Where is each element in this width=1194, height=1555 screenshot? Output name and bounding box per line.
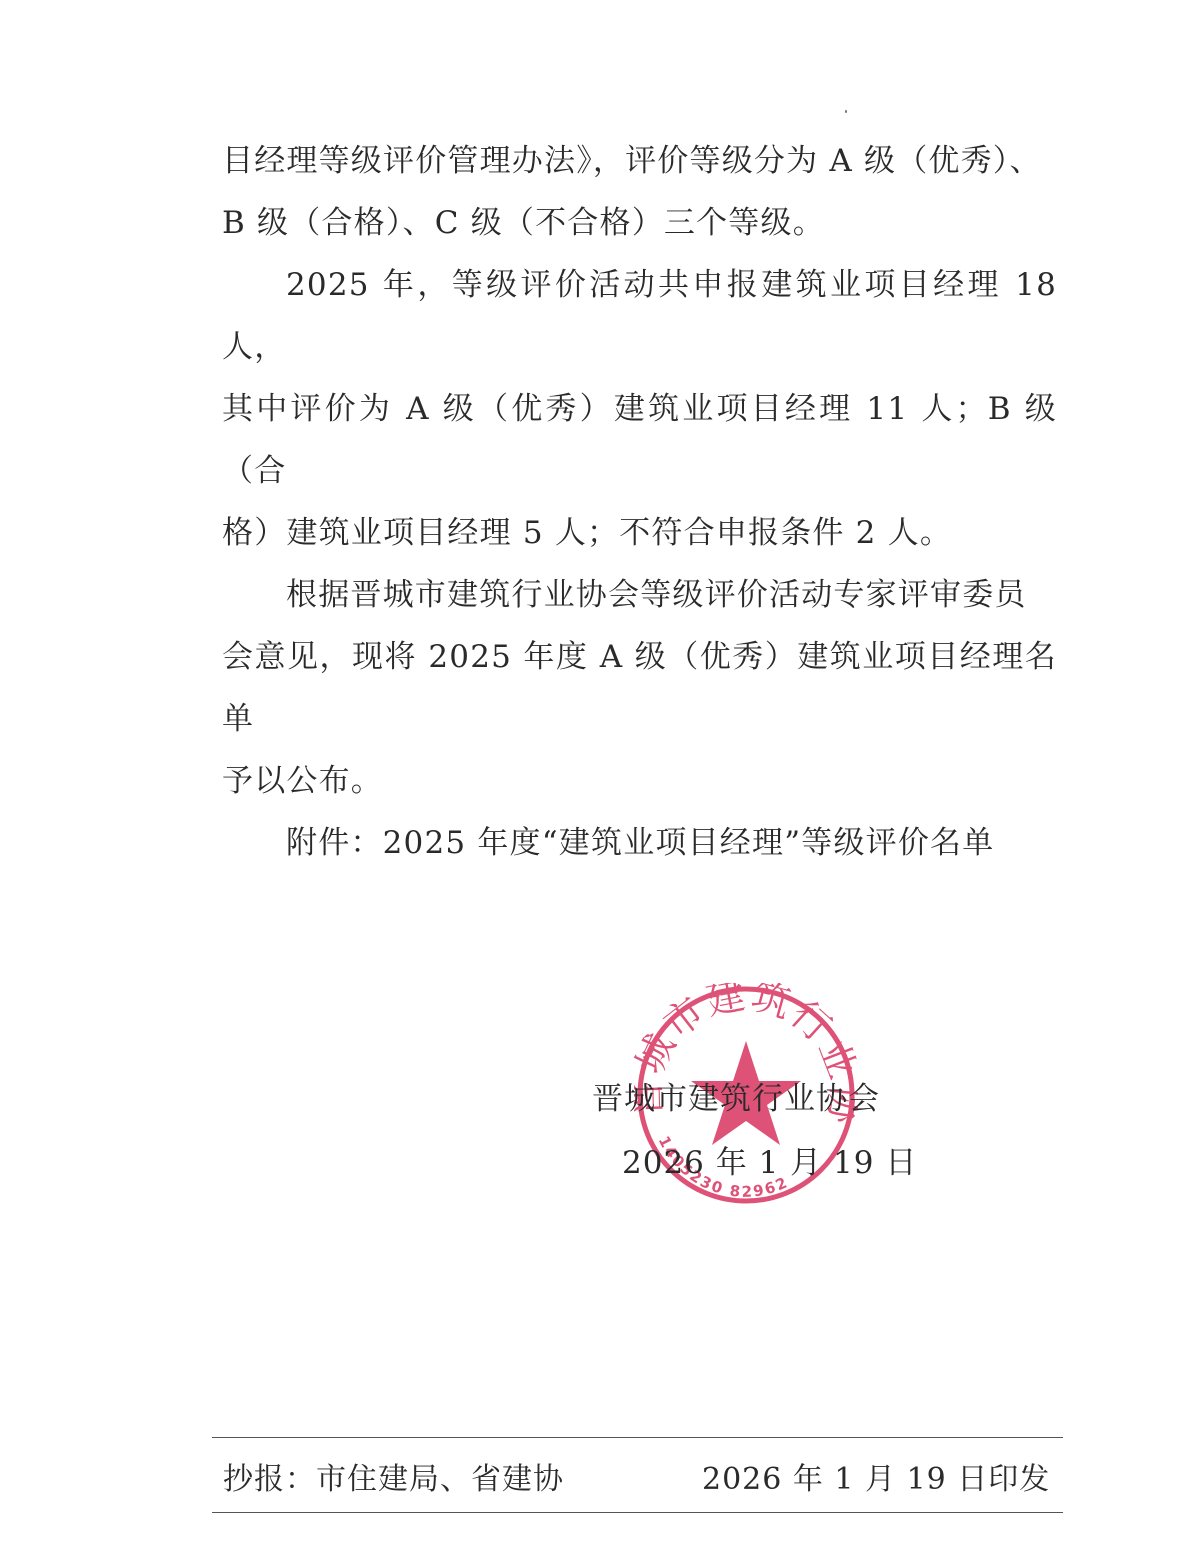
body-line: 其中评价为 A 级（优秀）建筑业项目经理 11 人；B 级（合 xyxy=(222,378,1057,502)
attachment-line: 附件：2025 年度“建筑业项目经理”等级评价名单 xyxy=(222,812,1057,874)
body-line: B 级（合格）、C 级（不合格）三个等级。 xyxy=(222,192,1057,254)
signature-date: 2026 年 1 月 19 日 xyxy=(622,1137,917,1182)
document-page: 目经理等级评价管理办法》，评价等级分为 A 级（优秀）、 B 级（合格）、C 级… xyxy=(0,0,1194,1555)
cc-label: 抄报： xyxy=(223,1462,316,1497)
body-line: 根据晋城市建筑行业协会等级评价活动专家评审委员 xyxy=(222,564,1057,626)
body-line: 格）建筑业项目经理 5 人；不符合申报条件 2 人。 xyxy=(222,502,1057,564)
footer-issue-date: 2026 年 1 月 19 日印发 xyxy=(702,1454,1050,1498)
signature-organization: 晋城市建筑行业协会 xyxy=(592,1073,880,1118)
footer-rule-top xyxy=(212,1437,1063,1438)
body-line: 2025 年，等级评价活动共申报建筑业项目经理 18 人， xyxy=(222,254,1057,378)
footer-cc: 抄报：市住建局、省建协 xyxy=(223,1454,564,1498)
scan-speck xyxy=(845,110,847,113)
cc-recipients: 市住建局、省建协 xyxy=(316,1462,564,1497)
body-line: 予以公布。 xyxy=(222,750,1057,812)
body-line: 会意见，现将 2025 年度 A 级（优秀）建筑业项目经理名单 xyxy=(222,626,1057,750)
document-body: 目经理等级评价管理办法》，评价等级分为 A 级（优秀）、 B 级（合格）、C 级… xyxy=(222,130,1057,874)
body-line: 目经理等级评价管理办法》，评价等级分为 A 级（优秀）、 xyxy=(222,130,1057,192)
footer-rule-bottom xyxy=(212,1512,1063,1513)
